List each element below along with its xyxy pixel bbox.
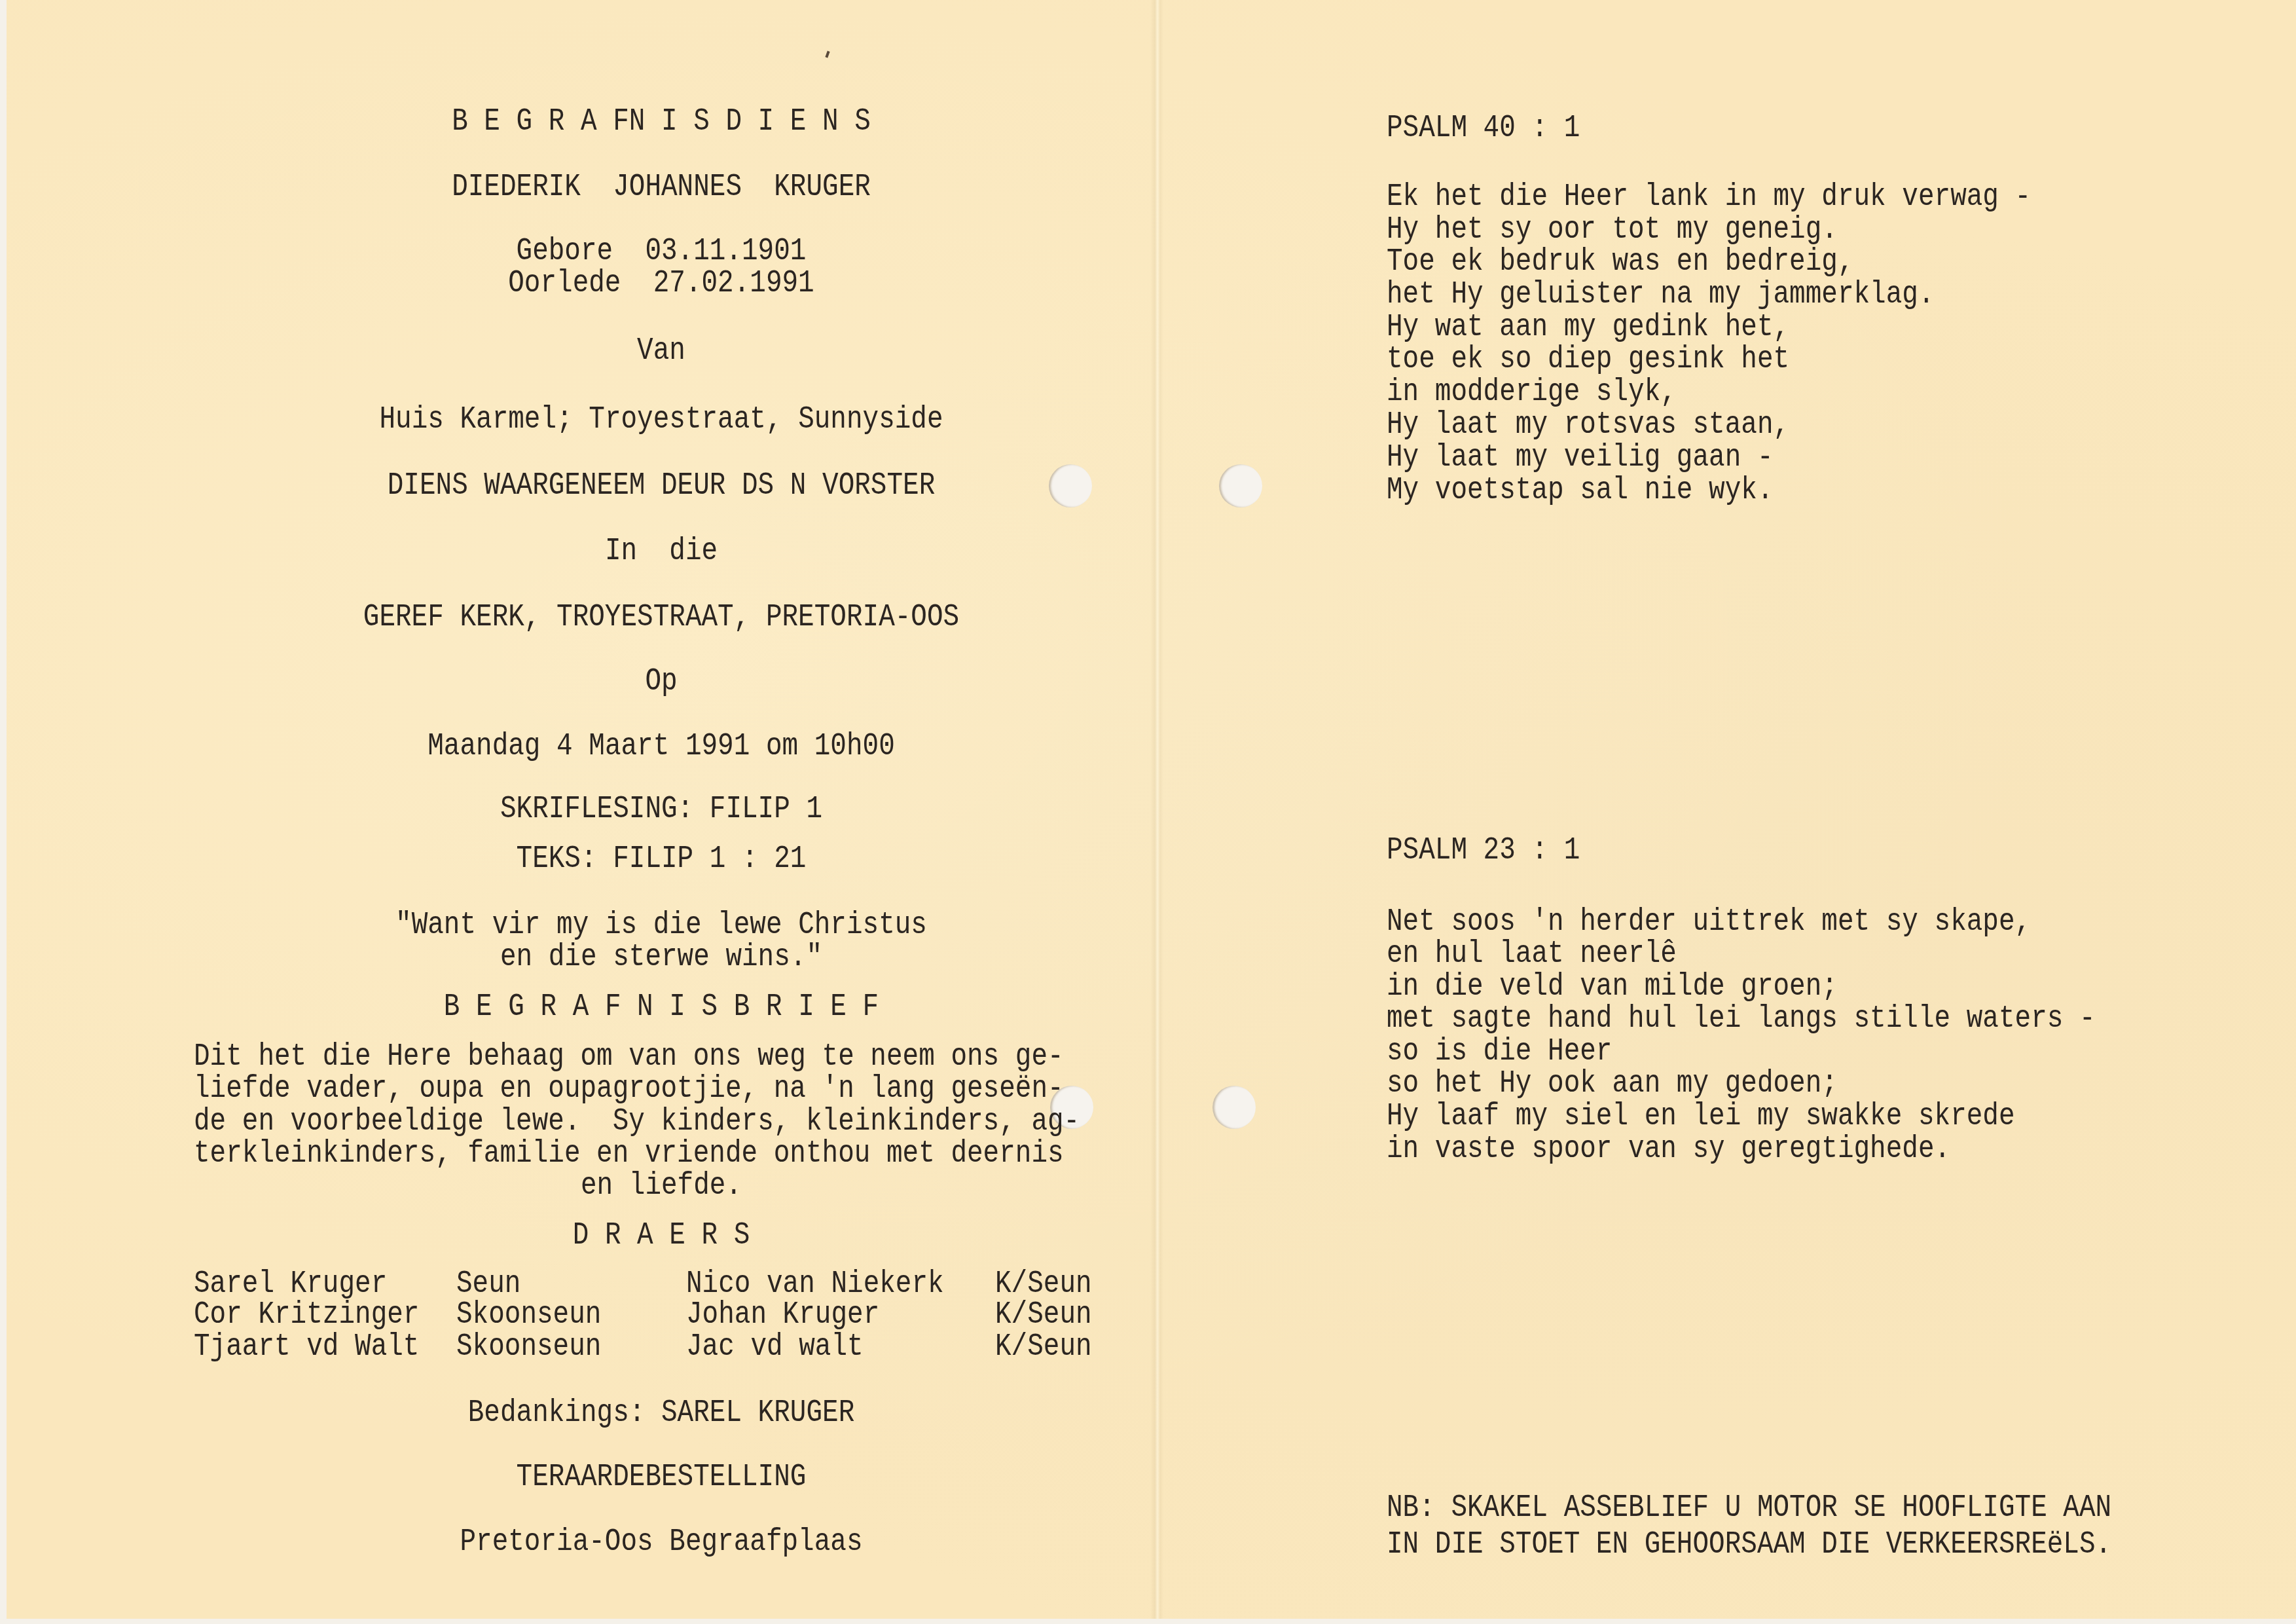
death-date: Oorlede 27.02.1991 [183, 265, 1139, 303]
scripture-reading: SKRIFLESING: FILIP 1 [183, 791, 1139, 829]
letter-line: en liefde. [183, 1168, 1139, 1206]
notice-line: NB: SKAKEL ASSEBLIEF U MOTOR SE HOOFLIGT… [1387, 1490, 2111, 1528]
cemetery: Pretoria-Oos Begraafplaas [183, 1524, 1139, 1562]
notice-line: IN DIE STOET EN GEHOORSAAM DIE VERKEERSR… [1387, 1526, 2111, 1564]
text-reference: TEKS: FILIP 1 : 21 [183, 841, 1139, 879]
deceased-name: DIEDERIK JOHANNES KRUGER [183, 169, 1139, 207]
officiant: DIENS WAARGENEEM DEUR DS N VORSTER [183, 468, 1139, 506]
residence: Huis Karmel; Troyestraat, Sunnyside [183, 401, 1139, 439]
funeral-program-sheet: B E G R A FN I S D I E N S DIEDERIK JOHA… [7, 0, 2296, 1619]
psalm-title: PSALM 40 : 1 [1387, 110, 1580, 148]
verse-line: My voetstap sal nie wyk. [1387, 472, 1774, 510]
from-label: Van [183, 333, 1139, 371]
pallbearer-name: Tjaart vd Walt [194, 1329, 419, 1367]
church: GEREF KERK, TROYESTRAAT, PRETORIA-OOS [183, 599, 1139, 637]
on-label: Op [183, 663, 1139, 701]
pallbearer-relation: K/Seun [995, 1329, 1092, 1367]
quote-line: en die sterwe wins." [183, 939, 1139, 977]
psalm-title: PSALM 23 : 1 [1387, 832, 1580, 870]
center-fold [1150, 0, 1163, 1619]
pallbearers-heading: D R A E R S [183, 1217, 1139, 1255]
verse-line: in vaste spoor van sy geregtighede. [1387, 1131, 1950, 1169]
punch-hole [1212, 1086, 1256, 1129]
punch-hole [1219, 464, 1262, 507]
pallbearer-name: Jac vd walt [686, 1329, 864, 1367]
letter-heading: B E G R A F N I S B R I E F [183, 989, 1139, 1027]
in-label: In die [183, 533, 1139, 571]
service-title: B E G R A FN I S D I E N S [183, 103, 1139, 141]
paper-speck [825, 51, 829, 58]
pallbearer-relation: Skoonseun [456, 1329, 601, 1367]
service-datetime: Maandag 4 Maart 1991 om 10h00 [183, 728, 1139, 766]
thanks-line: Bedankings: SAREL KRUGER [183, 1395, 1139, 1433]
burial-heading: TERAARDEBESTELLING [183, 1459, 1139, 1497]
